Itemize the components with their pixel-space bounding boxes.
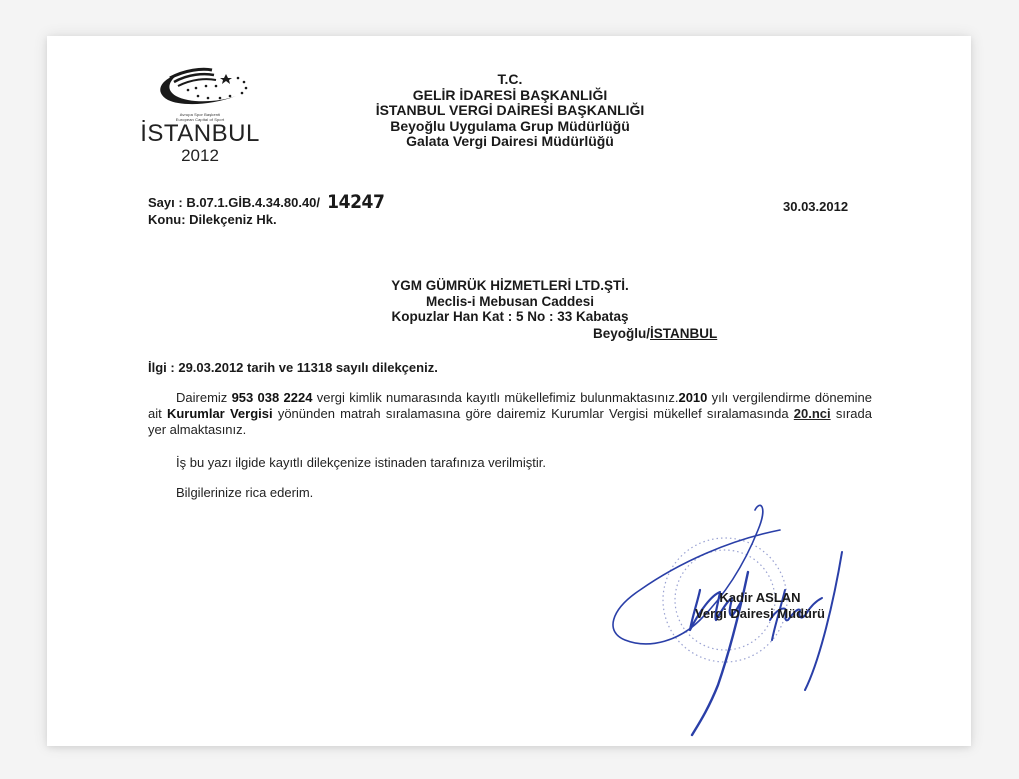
reference-block: Sayı : B.07.1.GİB.4.34.80.40/ 14247 Konu…: [148, 194, 387, 228]
tax-type: Kurumlar Vergisi: [167, 406, 273, 421]
letterhead-line: T.C.: [320, 72, 700, 88]
recipient-address: YGM GÜMRÜK HİZMETLERİ LTD.ŞTİ. Meclis-i …: [340, 278, 680, 325]
closing-line: Bilgilerinize rica ederim.: [176, 485, 313, 500]
letterhead: T.C. GELİR İDARESİ BAŞKANLIĞI İSTANBUL V…: [320, 72, 700, 150]
body-text: vergi kimlik numarasında kayıtlı mükelle…: [312, 390, 678, 405]
letter-date: 30.03.2012: [783, 199, 848, 214]
sayi-value: : B.07.1.GİB.4.34.80.40/: [178, 195, 320, 210]
letterhead-line: GELİR İDARESİ BAŞKANLIĞI: [320, 88, 700, 104]
recipient-building: Kopuzlar Han Kat : 5 No : 33 Kabataş: [340, 309, 680, 325]
letterhead-line: Beyoğlu Uygulama Grup Müdürlüğü: [320, 119, 700, 135]
ilgi-label: İlgi: [148, 360, 167, 375]
letterhead-line: İSTANBUL VERGİ DAİRESİ BAŞKANLIĞI: [320, 103, 700, 119]
konu-line: Konu: Dilekçeniz Hk.: [148, 211, 387, 228]
tax-year: 2010: [678, 390, 707, 405]
body-text: Dairemiz: [176, 390, 232, 405]
body-paragraph: Dairemiz 953 038 2224 vergi kimlik numar…: [148, 390, 872, 438]
logo-year: 2012: [140, 146, 260, 166]
rank: 20.nci: [794, 406, 831, 421]
konu-value: Dilekçeniz Hk.: [189, 212, 276, 227]
tax-id: 953 038 2224: [232, 390, 313, 405]
sayi-label: Sayı: [148, 195, 175, 210]
ilgi-value: : 29.03.2012 tarih ve 11318 sayılı dilek…: [170, 360, 437, 375]
recipient-city: İSTANBUL: [650, 326, 717, 341]
istanbul-2012-logo: Avrupa Spor Başkenti European Capital of…: [140, 62, 270, 172]
signer-title: Vergi Dairesi Müdürü: [595, 606, 865, 622]
body-text: yönünden matrah sıralamasına göre dairem…: [273, 406, 794, 421]
recipient-district: Beyoğlu/: [593, 326, 650, 341]
logo-city: İSTANBUL: [140, 120, 260, 148]
sayi-number: 14247: [327, 194, 384, 211]
signer-name: Kadir ASLAN: [595, 590, 865, 606]
recipient-company: YGM GÜMRÜK HİZMETLERİ LTD.ŞTİ.: [340, 278, 680, 294]
recipient-city-line: Beyoğlu/İSTANBUL: [593, 326, 717, 341]
ilgi-line: İlgi : 29.03.2012 tarih ve 11318 sayılı …: [148, 360, 438, 375]
body-paragraph-2: İş bu yazı ilgide kayıtlı dilekçenize is…: [176, 455, 546, 470]
konu-label: Konu:: [148, 212, 186, 227]
signer-block: Kadir ASLAN Vergi Dairesi Müdürü: [595, 590, 865, 622]
letterhead-line: Galata Vergi Dairesi Müdürlüğü: [320, 134, 700, 150]
recipient-street: Meclis-i Mebusan Caddesi: [340, 294, 680, 310]
sayi-line: Sayı : B.07.1.GİB.4.34.80.40/ 14247: [148, 194, 387, 211]
